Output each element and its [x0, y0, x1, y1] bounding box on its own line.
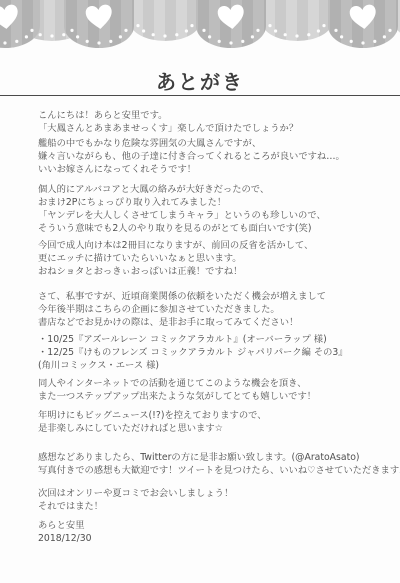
text-line: 同人やインターネットでの活動を通じてこのような機会を頂き、 — [38, 377, 380, 390]
dot-decoration — [208, 35, 211, 38]
dot-decoration — [373, 40, 376, 43]
bunting-banner — [0, 0, 400, 54]
text-line: 「ヤンデレを大人しくさせてしまうキャラ」というのも珍しいので、 — [38, 209, 380, 222]
dot-decoration — [218, 40, 221, 43]
title-bar: あとがき — [0, 54, 400, 95]
text-line: それではまた！ — [38, 500, 380, 513]
dot-decoration — [185, 29, 188, 32]
dot-decoration — [15, 40, 18, 43]
text-line: こんにちは！あらと安里です。 — [38, 109, 380, 122]
dot-decoration — [256, 29, 259, 32]
text-line: そういう意味でも2人のやり取りを見るのがとても面白いです(笑) — [38, 222, 380, 235]
page-title: あとがき — [156, 70, 244, 94]
paragraph: 感想などありましたら、Twitterの方に是非お願い致します。(@AratoAs… — [38, 451, 380, 477]
paragraph: ・10/25『アズールレーン コミックアラカルト』(オーバーラップ 様)・12/… — [38, 333, 380, 372]
dot-decoration — [39, 33, 42, 36]
dot-decoration — [25, 35, 28, 38]
dot-decoration — [142, 29, 145, 32]
text-line: 個人的にアルバコアと大鳳の絡みが大好きだったので、 — [38, 183, 380, 196]
paragraph: 艦船の中でもかなり危険な雰囲気の大鳳さんですが、嫌々言いながらも、他の子達に付き… — [38, 137, 380, 176]
signature-author: あらと安里 — [38, 519, 380, 532]
paragraph: 年明けにもビッグニュース(!?)を控えておりますので、是非楽しみにしていただけれ… — [38, 409, 380, 435]
dot-decoration — [295, 34, 298, 37]
paragraph: さて、私事ですが、近頃商業関係の依頼をいただく機会が増えまして今年後半期はこちら… — [38, 290, 380, 329]
dot-decoration — [350, 40, 353, 43]
dot-decoration — [241, 40, 244, 43]
paragraph: 同人やインターネットでの活動を通じてこのような機会を頂き、また一つステップアップ… — [38, 377, 380, 403]
dot-decoration — [268, 24, 271, 27]
dot-decoration — [97, 41, 100, 44]
text-line: 「大鳳さんとあまあませっくす」楽しんで頂けたでしょうか？ — [38, 122, 380, 135]
signature-block: あらと安里 2018/12/30 — [38, 519, 380, 545]
text-line: 今年後半期はこちらの企画に参加させていただきました。 — [38, 303, 380, 316]
dot-decoration — [361, 41, 364, 44]
text-line: 書店などでお見かけの際は、是非お手に取ってみてください！ — [38, 316, 380, 329]
dot-decoration — [70, 29, 73, 32]
dot-decoration — [307, 33, 310, 36]
dot-decoration — [190, 24, 193, 27]
text-line: 感想などありましたら、Twitterの方に是非お願い致します。(@AratoAs… — [38, 451, 380, 464]
text-line: 艦船の中でもかなり危険な雰囲気の大鳳さんですが、 — [38, 137, 380, 150]
dot-decoration — [322, 24, 325, 27]
text-line: おねショタとおっきぃおっぱいは正義！ですね！ — [38, 265, 380, 278]
text-line: 写真付きでの感想も大歓迎です！ツイートを見つけたら、いいね♡させていただきます♪ — [38, 464, 380, 477]
text-line: 嫌々言いながらも、他の子達に付き合ってくれるところが良いですね…。 — [38, 150, 380, 163]
signature-date: 2018/12/30 — [38, 532, 380, 545]
dot-decoration — [62, 33, 65, 36]
text-line: おまけ2Pにちょっぴり取り入れてみました！ — [38, 196, 380, 209]
dot-decoration — [163, 34, 166, 37]
text-line: 今回で成人向け本は2冊目になりますが、前回の反省を活かして、 — [38, 239, 380, 252]
text-line: (角川コミックス・エース 様) — [38, 359, 380, 372]
dot-decoration — [3, 41, 6, 44]
dot-decoration — [274, 29, 277, 32]
dot-decoration — [202, 29, 205, 32]
paragraph: 次回はオンリーや夏コミでお会いしましょう！それではまた！ — [38, 487, 380, 513]
dot-decoration — [124, 29, 127, 32]
dot-decoration — [119, 35, 122, 38]
text-line: ・12/25『けものフレンズ コミックアラカルト ジャパリパーク編 その3』 — [38, 346, 380, 359]
text-line: 是非楽しみにしていただければと思います☆ — [38, 422, 380, 435]
dot-decoration — [86, 40, 89, 43]
dot-decoration — [136, 24, 139, 27]
dot-decoration — [317, 29, 320, 32]
dot-decoration — [340, 35, 343, 38]
paragraph: 個人的にアルバコアと大鳳の絡みが大好きだったので、おまけ2Pにちょっぴり取り入れ… — [38, 183, 380, 235]
paragraph: こんにちは！あらと安里です。「大鳳さんとあまあませっくす」楽しんで頂けたでしょう… — [38, 109, 380, 135]
dot-decoration — [334, 29, 337, 32]
afterword-body: こんにちは！あらと安里です。「大鳳さんとあまあませっくす」楽しんで頂けたでしょう… — [0, 96, 400, 545]
dot-decoration — [175, 33, 178, 36]
text-line: いいお嫁さんになってくれそうです！ — [38, 163, 380, 176]
dot-decoration — [284, 33, 287, 36]
dot-decoration — [76, 35, 79, 38]
text-line: ・10/25『アズールレーン コミックアラカルト』(オーバーラップ 様) — [38, 333, 380, 346]
dot-decoration — [50, 34, 53, 37]
dot-decoration — [229, 41, 232, 44]
dot-decoration — [251, 35, 254, 38]
text-line: 年明けにもビッグニュース(!?)を控えておりますので、 — [38, 409, 380, 422]
text-line: 次回はオンリーや夏コミでお会いしましょう！ — [38, 487, 380, 500]
text-line: さて、私事ですが、近頃商業関係の依頼をいただく機会が増えまして — [38, 290, 380, 303]
text-line: 更にエッチに描けていたらいいなぁと思います。 — [38, 252, 380, 265]
dot-decoration — [109, 40, 112, 43]
dot-decoration — [383, 35, 386, 38]
paragraph: 今回で成人向け本は2冊目になりますが、前回の反省を活かして、更にエッチに描けてい… — [38, 239, 380, 278]
text-line: また一つステップアップ出来たような気がしてとても嬉しいです！ — [38, 390, 380, 403]
dot-decoration — [30, 29, 33, 32]
dot-decoration — [152, 33, 155, 36]
dot-decoration — [388, 29, 391, 32]
